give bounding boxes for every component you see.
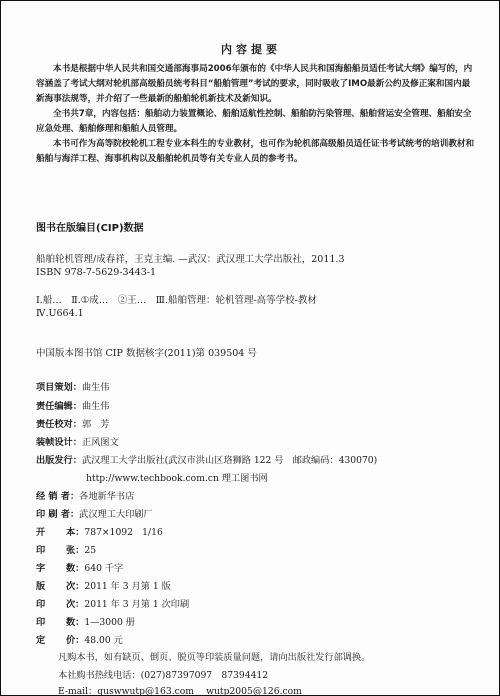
spec-value: 2011 年 3 月第 1 版 <box>84 581 170 592</box>
website-value: http://www.techbook.com.cn 理工图书网 <box>86 473 268 484</box>
credit-value: 曲生伟 <box>82 401 110 412</box>
credit-row: 印 刷 者：武汉理工大印刷厂 <box>36 506 153 520</box>
cip-book-line: 船舶轮机管理/成春祥，王克主编. —武汉：武汉理工大学出版社，2011.3 <box>36 251 344 265</box>
cip-classification-code: Ⅳ.U664.1 <box>36 308 84 319</box>
copyright-page: 内容提要 本书是根据中华人民共和国交通部海事局2006年颁布的《中华人民共和国海… <box>0 0 500 696</box>
spec-value: 25 <box>84 545 96 556</box>
spec-row: 印张：25 <box>36 542 96 556</box>
spec-row: 字数：640 千字 <box>36 560 123 574</box>
credit-label: 经 销 者： <box>36 488 79 502</box>
spec-key-suffix: 本： <box>66 524 84 538</box>
spec-row: 版次：2011 年 3 月第 1 版 <box>36 578 171 592</box>
credit-value: 曲生伟 <box>82 382 110 393</box>
credit-row: 经 销 者：各地新华书店 <box>36 488 134 502</box>
spec-value: 1—3000 册 <box>84 617 135 628</box>
credit-value: 正风图文 <box>82 437 119 448</box>
return-policy-note: 凡购本书，如有缺页、倒页、脱页等印装质量问题，请向出版社发行部调换。 <box>58 649 370 663</box>
spec-key-suffix: 张： <box>66 542 84 556</box>
summary-paragraph: 全书共7章，内容包括：船舶动力装置概论、船舶适航性控制、船舶防污染管理、船舶营运… <box>36 107 476 137</box>
credit-label: 装帧设计： <box>36 434 82 448</box>
spec-value: 48.00 元 <box>84 635 122 646</box>
spec-value: 787×1092 1/16 <box>84 527 162 538</box>
credit-row: 责任编辑：曲生伟 <box>36 398 110 412</box>
credit-value: 武汉理工大印刷厂 <box>79 509 153 520</box>
credit-label: 责任编辑： <box>36 398 82 412</box>
cip-isbn: ISBN 978-7-5629-3443-1 <box>36 267 156 278</box>
spec-value: 640 千字 <box>84 563 123 574</box>
credit-row: 出版发行：武汉理工大学出版社(武汉市洪山区珞狮路 122 号 邮政编码：4300… <box>36 452 377 466</box>
credit-label: 责任校对： <box>36 416 82 430</box>
cip-heading: 图书在版编目(CIP)数据 <box>36 219 144 234</box>
spec-key-suffix: 价： <box>66 632 84 646</box>
spec-key: 印 <box>36 614 66 628</box>
spec-key-suffix: 次： <box>66 578 84 592</box>
spec-key: 印 <box>36 542 66 556</box>
spec-key-suffix: 数： <box>66 560 84 574</box>
spec-key-suffix: 次： <box>66 596 84 610</box>
spec-key-suffix: 数： <box>66 614 84 628</box>
spec-value: 2011 年 3 月第 1 次印刷 <box>84 599 189 610</box>
spec-key: 字 <box>36 560 66 574</box>
spec-key: 开 <box>36 524 66 538</box>
spec-key: 版 <box>36 578 66 592</box>
credit-value: 武汉理工大学出版社(武汉市洪山区珞狮路 122 号 邮政编码：430070) <box>82 455 377 466</box>
spec-key: 印 <box>36 596 66 610</box>
credit-value: 各地新华书店 <box>79 491 134 502</box>
cip-classification: Ⅰ.船… Ⅱ.①成… ②王… Ⅲ.船舶管理：轮机管理-高等学校-教材 <box>36 292 317 306</box>
spec-row: 印次：2011 年 3 月第 1 次印刷 <box>36 596 189 610</box>
credit-row: 责任校对：郭 芳 <box>36 416 110 430</box>
spec-row: 定价：48.00 元 <box>36 632 123 646</box>
summary-title: 内容提要 <box>1 41 500 57</box>
cip-verification: 中国版本图书馆 CIP 数据核字(2011)第 039504 号 <box>36 345 257 359</box>
email-note: E-mail：quswwutp@163.com wutp2005@126.com <box>58 683 302 696</box>
publisher-website: http://www.techbook.com.cn 理工图书网 <box>86 470 268 484</box>
spec-row: 开本：787×1092 1/16 <box>36 524 163 538</box>
credit-row: 装帧设计：正风图文 <box>36 434 119 448</box>
summary-body: 本书是根据中华人民共和国交通部海事局2006年颁布的《中华人民共和国海船船员适任… <box>36 62 476 167</box>
summary-paragraph: 本书是根据中华人民共和国交通部海事局2006年颁布的《中华人民共和国海船船员适任… <box>36 62 476 107</box>
credit-label: 项目策划： <box>36 379 82 393</box>
hotline-note: 本社购书热线电话：(027)87397097 87394412 <box>58 667 268 681</box>
credit-label: 印 刷 者： <box>36 506 79 520</box>
credit-label: 出版发行： <box>36 452 82 466</box>
spec-key: 定 <box>36 632 66 646</box>
summary-paragraph: 本书可作为高等院校轮机工程专业本科生的专业教材，也可作为轮机部高级船员适任证书考… <box>36 137 476 167</box>
credit-value: 郭 芳 <box>82 419 110 430</box>
credit-row: 项目策划：曲生伟 <box>36 379 110 393</box>
spec-row: 印数：1—3000 册 <box>36 614 135 628</box>
